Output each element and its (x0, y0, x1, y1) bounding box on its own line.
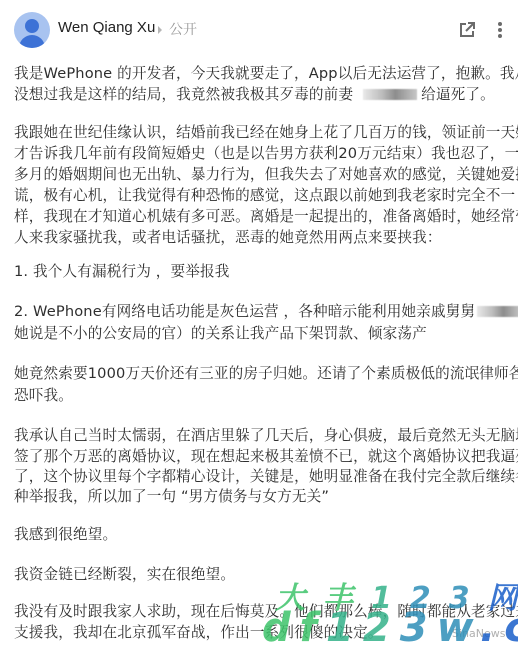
post-text-line: 人来我家骚扰我，或者电话骚扰，恶毒的她竟然用两点来要挟我： (14, 228, 442, 248)
post-text-line: 2. WePhone有网络电话功能是灰色运营 ，各种暗示能利用她亲戚舅舅（据 (14, 302, 518, 322)
post-text-fragment: 给逼死了。 (421, 86, 495, 103)
post-text-line: 样，我现在才知道心机婊有多可恶。离婚是一起提出的，准备离婚时，她经常带 (14, 207, 518, 227)
post-text-line: 没想过我是这样的结局，我竟然被我极其歹毒的前妻给逼死了。 (14, 85, 495, 105)
post-text-line: 签了那个万恶的离婚协议，现在想起来极其羞愤不已，就这个离婚协议把我逼死 (14, 447, 518, 467)
post-text-fragment: 没想过我是这样的结局，我竟然被我极其歹毒的前妻 (14, 86, 353, 103)
post-text-line: 我资金链已经断裂，实在很绝望。 (14, 565, 235, 585)
post-text-line: 她竟然索要1000万天价还有三亚的房子归她。还请了个素质极低的流氓律师各种 (14, 364, 518, 384)
post-text-line: 种举报我，所以加了一句 “男方债务与女方无关” (14, 487, 329, 507)
redacted-name-1 (363, 89, 417, 100)
source-tag: SinaNews (452, 627, 505, 640)
post-text-line: 我跟她在世纪佳缘认识，结婚前我已经在她身上花了几百万的钱，领证前一天她 (14, 123, 518, 143)
post-text-line: 支援我，我却在北京孤军奋战，作出一系列很傻的决定。 (14, 623, 383, 643)
post-text-line: 我承认自己当时太懦弱，在酒店里躲了几天后，身心俱疲，最后竟然无头无脑地 (14, 426, 518, 446)
post-text-fragment: 2. WePhone有网络电话功能是灰色运营 ，各种暗示能利用她亲戚舅舅 (14, 303, 475, 320)
post-text-line: 她说是不小的公安局的官）的关系让我产品下架罚款、倾家荡产 (14, 324, 427, 344)
post-body: 我是WePhone 的开发者，今天我就要走了，App以后无法运营了，抱歉。我从来… (0, 0, 518, 653)
post-text-line: 多月的婚姻期间也无出轨、暴力行为，但我失去了对她喜欢的感觉，关键她爱撒 (14, 165, 518, 185)
post-text-line: 我是WePhone 的开发者，今天我就要走了，App以后无法运营了，抱歉。我从来 (14, 64, 518, 84)
post-text-line: 我没有及时跟我家人求助，现在后悔莫及。他们都那么棒，随时都能从老家过来 (14, 602, 518, 622)
post-text-line: 恐吓我。 (14, 386, 73, 406)
post-text-line: 谎，极有心机，让我觉得有种恐怖的感觉，这点跟以前她到我老家时完全不一 (14, 186, 515, 206)
post-text-line: 我感到很绝望。 (14, 525, 117, 545)
post-text-line: 才告诉我几年前有段简短婚史（也是以告男方获利20万元结束）我也忍了，一个 (14, 144, 518, 164)
post-text-line: 1. 我个人有漏税行为 ，要举报我 (14, 262, 229, 282)
post-text-line: 了，这个协议里每个字都精心设计，关键是，她明显准备在我付完全款后继续各 (14, 467, 518, 487)
redacted-name-2 (477, 306, 518, 317)
